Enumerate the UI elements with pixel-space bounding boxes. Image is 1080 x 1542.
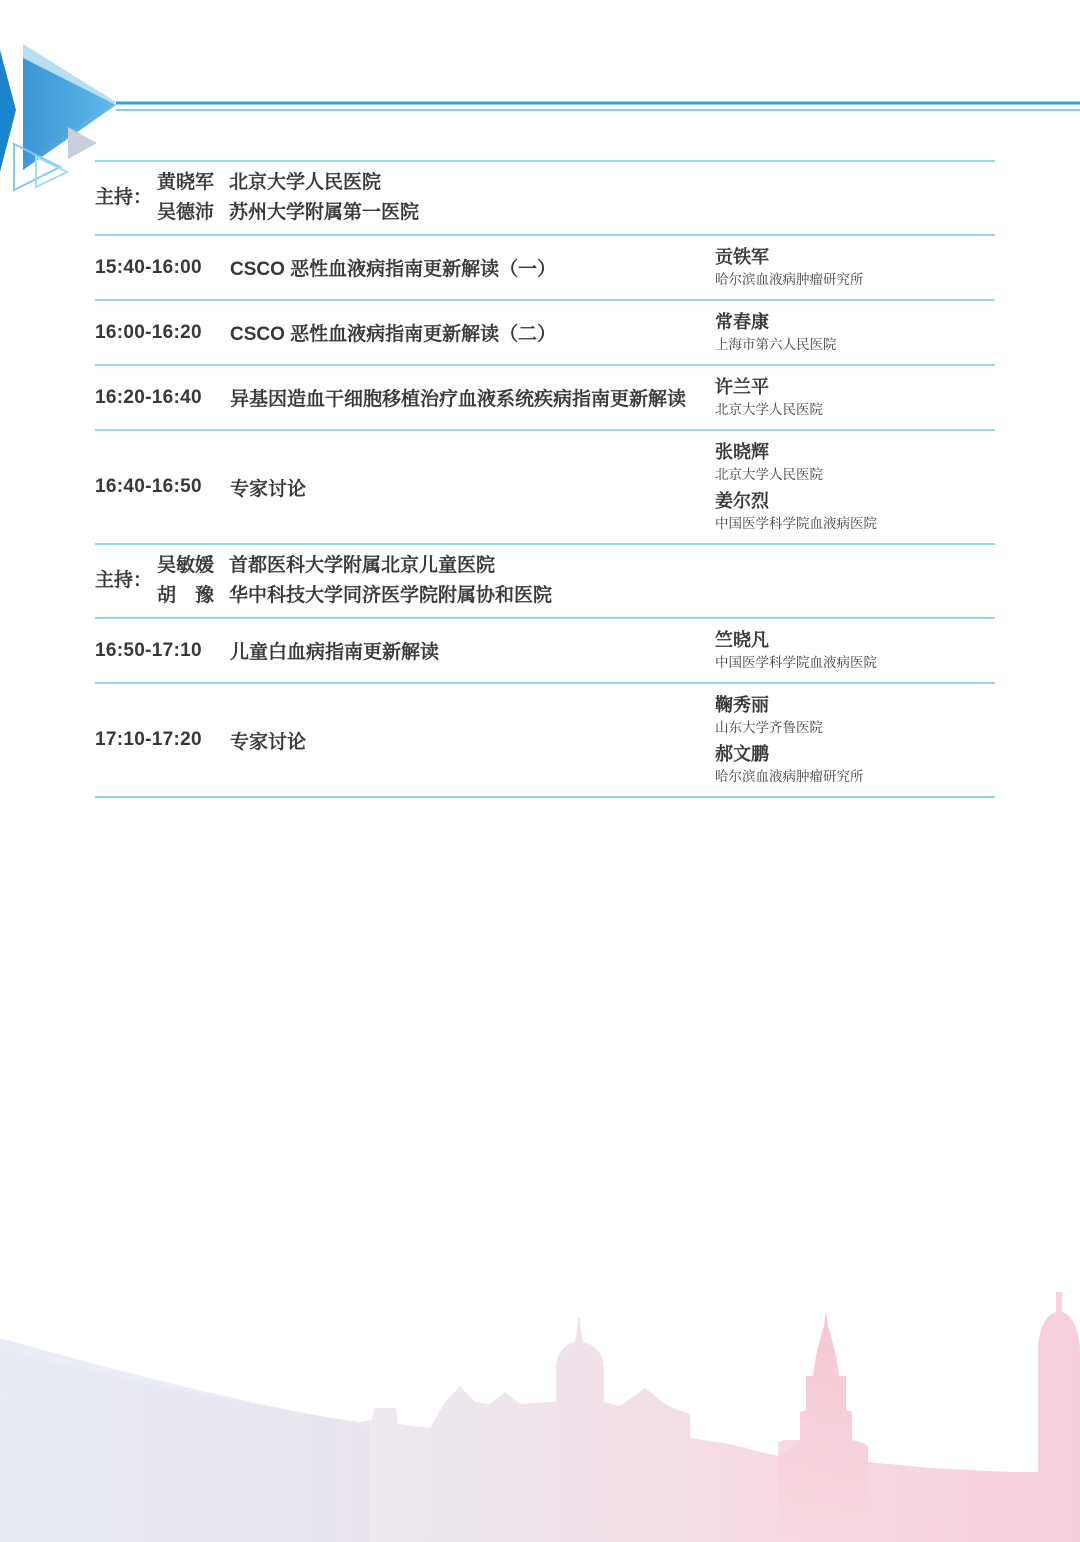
chair-name: 吴德沛 [157,198,219,228]
session-speakers: 常春康 上海市第六人民医院 [715,301,995,364]
session-title: 专家讨论 [230,684,715,796]
session-row: 17:10-17:20 专家讨论 鞠秀丽 山东大学齐鲁医院 郝文鹏 哈尔滨血液病… [95,682,995,798]
session-row: 16:20-16:40 异基因造血干细胞移植治疗血液系统疾病指南更新解读 许兰平… [95,364,995,429]
chair-entries: 黄晓军北京大学人民医院 吴德沛苏州大学附属第一医院 [157,168,995,228]
speaker-name: 竺晓凡 [715,629,995,652]
chair-label: 主持： [95,183,157,213]
speaker: 张晓辉 北京大学人民医院 [715,441,995,484]
speaker-name: 许兰平 [715,376,995,399]
session-speakers: 鞠秀丽 山东大学齐鲁医院 郝文鹏 哈尔滨血液病肿瘤研究所 [715,684,995,796]
speaker-affiliation: 北京大学人民医院 [715,401,995,419]
session-speakers: 竺晓凡 中国医学科学院血液病医院 [715,619,995,682]
session-title: 儿童白血病指南更新解读 [230,619,715,682]
speaker-name: 郝文鹏 [715,743,995,766]
chair-affiliation: 华中科技大学同济医学院附属协和医院 [229,585,552,606]
chair-name: 吴敏媛 [157,551,219,581]
speaker: 贡铁军 哈尔滨血液病肿瘤研究所 [715,246,995,289]
chair-entries: 吴敏媛首都医科大学附属北京儿童医院 胡 豫华中科技大学同济医学院附属协和医院 [157,551,995,611]
chair-row-1: 主持： 黄晓军北京大学人民医院 吴德沛苏州大学附属第一医院 [95,160,995,234]
session-speakers: 张晓辉 北京大学人民医院 姜尔烈 中国医学科学院血液病医院 [715,431,995,543]
speaker-affiliation: 哈尔滨血液病肿瘤研究所 [715,768,995,786]
agenda-table: 主持： 黄晓军北京大学人民医院 吴德沛苏州大学附属第一医院 15:40-16:0… [95,160,995,798]
session-title: CSCO 恶性血液病指南更新解读（一） [230,236,715,299]
session-time: 15:40-16:00 [95,236,230,299]
skyline-buildings [0,1292,1080,1542]
session-speakers: 贡铁军 哈尔滨血液病肿瘤研究所 [715,236,995,299]
speaker-affiliation: 哈尔滨血液病肿瘤研究所 [715,271,995,289]
session-time: 16:50-17:10 [95,619,230,682]
speaker-name: 张晓辉 [715,441,995,464]
session-title: CSCO 恶性血液病指南更新解读（二） [230,301,715,364]
grey-small-triangle [68,127,97,159]
speaker: 姜尔烈 中国医学科学院血液病医院 [715,490,995,533]
chair-row-2: 主持： 吴敏媛首都医科大学附属北京儿童医院 胡 豫华中科技大学同济医学院附属协和… [95,543,995,617]
session-title: 异基因造血干细胞移植治疗血液系统疾病指南更新解读 [230,366,715,429]
session-row: 16:40-16:50 专家讨论 张晓辉 北京大学人民医院 姜尔烈 中国医学科学… [95,429,995,543]
chair-entry: 吴德沛苏州大学附属第一医院 [157,198,995,228]
speaker-name: 常春康 [715,311,995,334]
speaker: 郝文鹏 哈尔滨血液病肿瘤研究所 [715,743,995,786]
session-time: 17:10-17:20 [95,684,230,796]
chair-entry: 黄晓军北京大学人民医院 [157,168,995,198]
program-page: 主持： 黄晓军北京大学人民医院 吴德沛苏州大学附属第一医院 15:40-16:0… [0,0,1080,1542]
session-row: 16:50-17:10 儿童白血病指南更新解读 竺晓凡 中国医学科学院血液病医院 [95,617,995,682]
chair-affiliation: 首都医科大学附属北京儿童医院 [229,555,495,576]
speaker-name: 贡铁军 [715,246,995,269]
session-time: 16:40-16:50 [95,431,230,543]
chair-affiliation: 北京大学人民医院 [229,172,381,193]
session-time: 16:00-16:20 [95,301,230,364]
chair-affiliation: 苏州大学附属第一医院 [229,202,419,223]
speaker-affiliation: 中国医学科学院血液病医院 [715,654,995,672]
speaker-affiliation: 中国医学科学院血液病医院 [715,515,995,533]
session-row: 15:40-16:00 CSCO 恶性血液病指南更新解读（一） 贡铁军 哈尔滨血… [95,234,995,299]
session-title: 专家讨论 [230,431,715,543]
chair-name: 胡 豫 [157,581,219,611]
chair-name: 黄晓军 [157,168,219,198]
skyline-right-tower [778,1312,868,1542]
speaker-affiliation: 上海市第六人民医院 [715,336,995,354]
speaker-name: 鞠秀丽 [715,694,995,717]
city-skyline-decoration [0,1280,1080,1542]
speaker: 许兰平 北京大学人民医院 [715,376,995,419]
session-row: 16:00-16:20 CSCO 恶性血液病指南更新解读（二） 常春康 上海市第… [95,299,995,364]
speaker-name: 姜尔烈 [715,490,995,513]
chair-entry: 胡 豫华中科技大学同济医学院附属协和医院 [157,581,995,611]
chair-entry: 吴敏媛首都医科大学附属北京儿童医院 [157,551,995,581]
chair-label: 主持： [95,566,157,596]
session-time: 16:20-16:40 [95,366,230,429]
session-speakers: 许兰平 北京大学人民医院 [715,366,995,429]
speaker: 常春康 上海市第六人民医院 [715,311,995,354]
speaker: 竺晓凡 中国医学科学院血液病医院 [715,629,995,672]
speaker-affiliation: 山东大学齐鲁医院 [715,719,995,737]
speaker: 鞠秀丽 山东大学齐鲁医院 [715,694,995,737]
speaker-affiliation: 北京大学人民医院 [715,466,995,484]
